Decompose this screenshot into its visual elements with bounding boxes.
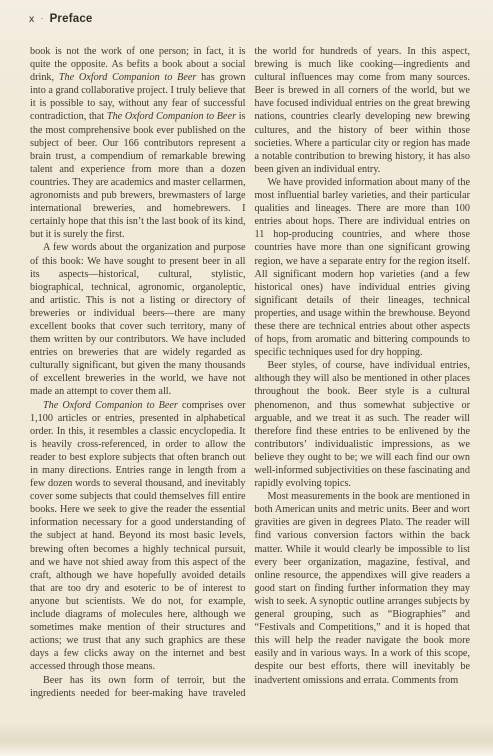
text-run: Most measurements in the book are mentio… (255, 491, 471, 685)
running-head: x · Preface (29, 13, 93, 25)
book-page: x · Preface book is not the work of one … (0, 0, 493, 756)
paragraph: A few words about the organization and p… (30, 241, 246, 398)
paragraph: Most measurements in the book are mentio… (255, 490, 471, 686)
book-title-italic: The Oxford Companion to Beer (59, 72, 197, 83)
text-run: comprises over 1,100 articles or entries… (30, 400, 246, 673)
paragraph: Beer styles, of course, have individual … (255, 359, 471, 490)
text-run: is the most comprehensive book ever publ… (30, 111, 246, 240)
folio-page-number: x (29, 13, 35, 25)
book-title-italic: The Oxford Companion to Beer (43, 400, 178, 411)
book-title-italic: The Oxford Companion to Beer (107, 111, 236, 122)
text-run: A few words about the organization and p… (30, 242, 246, 397)
chapter-title: Preface (50, 13, 93, 25)
folio-separator-dot: · (41, 13, 44, 23)
preface-text: book is not the work of one person; in f… (30, 45, 470, 703)
paragraph: book is not the work of one person; in f… (30, 45, 246, 241)
paragraph: We have provided information about many … (255, 176, 471, 359)
text-run: Beer styles, of course, have individual … (255, 360, 471, 489)
paragraph: The Oxford Companion to Beer comprises o… (30, 399, 246, 674)
text-run: We have provided information about many … (255, 177, 471, 358)
